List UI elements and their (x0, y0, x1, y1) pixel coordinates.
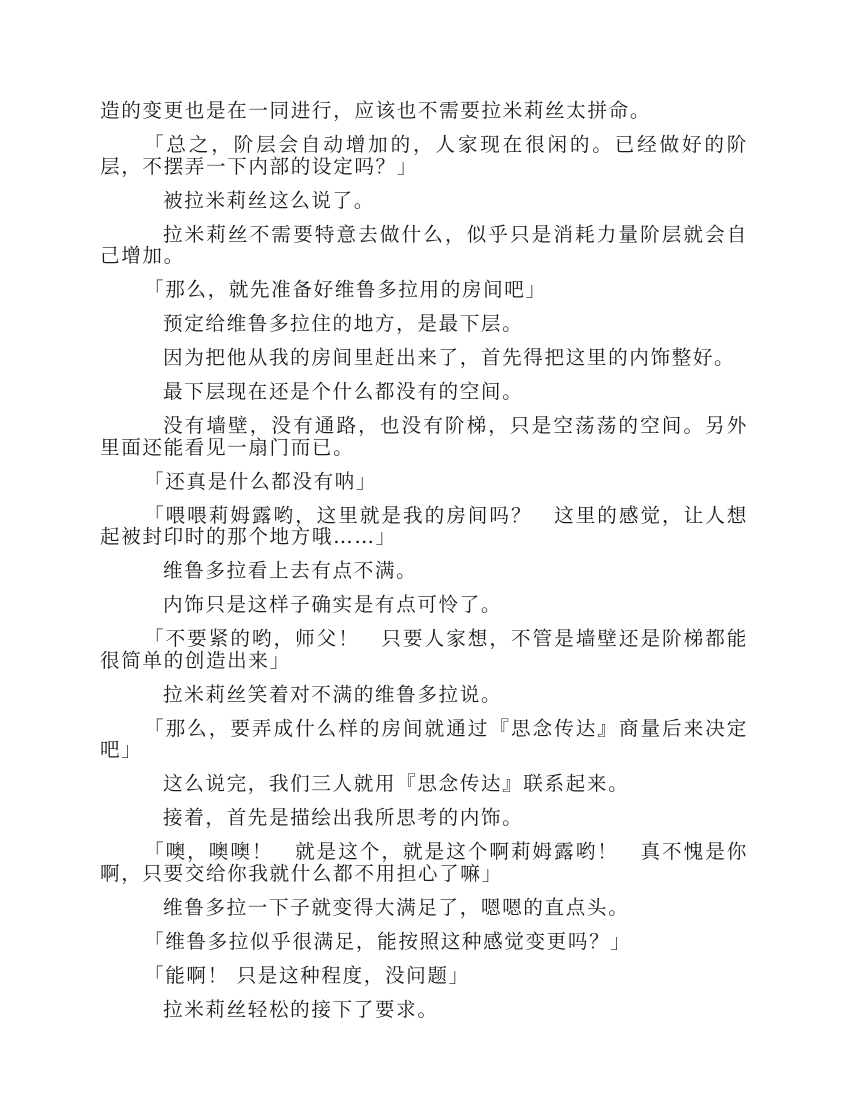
paragraph-narration: 内饰只是这样子确实是有点可怜了。 (100, 594, 748, 616)
paragraph-dialogue: 「喂喂莉姆露哟，这里就是我的房间吗？ 这里的感觉，让人想起被封印时的那个地方哦…… (100, 505, 748, 548)
paragraph-dialogue: 「维鲁多拉似乎很满足，能按照这种感觉变更吗？」 (100, 931, 748, 953)
paragraph-dialogue: 「那么，就先准备好维鲁多拉用的房间吧」 (100, 279, 748, 301)
paragraph-narration: 没有墙壁，没有通路，也没有阶梯，只是空荡荡的空间。另外里面还能看见一扇门而已。 (100, 415, 748, 458)
paragraph-dialogue: 「不要紧的哟，师父！ 只要人家想，不管是墙壁还是阶梯都能很简单的创造出来」 (100, 628, 748, 671)
paragraph-narration: 这么说完，我们三人就用『思念传达』联系起来。 (100, 773, 748, 795)
paragraph-narration: 接着，首先是描绘出我所思考的内饰。 (100, 807, 748, 829)
paragraph-narration: 维鲁多拉一下子就变得大满足了，嗯嗯的直点头。 (100, 897, 748, 919)
paragraph-narration: 因为把他从我的房间里赶出来了，首先得把这里的内饰整好。 (100, 347, 748, 369)
paragraph-narration: 拉米莉丝不需要特意去做什么，似乎只是消耗力量阶层就会自己增加。 (100, 224, 748, 267)
paragraph-narration: 最下层现在还是个什么都没有的空间。 (100, 381, 748, 403)
paragraph-narration: 维鲁多拉看上去有点不满。 (100, 560, 748, 582)
paragraph-dialogue: 「那么，要弄成什么样的房间就通过『思念传达』商量后来决定吧」 (100, 718, 748, 761)
paragraph-dialogue: 「能啊！ 只是这种程度，没问题」 (100, 965, 748, 987)
paragraph-continuation: 造的变更也是在一同进行，应该也不需要拉米莉丝太拼命。 (100, 100, 748, 122)
paragraph-narration: 被拉米莉丝这么说了。 (100, 190, 748, 212)
paragraph-dialogue: 「噢，噢噢！ 就是这个，就是这个啊莉姆露哟！ 真不愧是你啊，只要交给你我就什么都… (100, 841, 748, 884)
paragraph-narration: 拉米莉丝笑着对不满的维鲁多拉说。 (100, 684, 748, 706)
paragraph-narration: 拉米莉丝轻松的接下了要求。 (100, 999, 748, 1021)
paragraph-dialogue: 「总之，阶层会自动增加的，人家现在很闲的。已经做好的阶层，不摆弄一下内部的设定吗… (100, 134, 748, 177)
paragraph-narration: 预定给维鲁多拉住的地方，是最下层。 (100, 313, 748, 335)
paragraph-dialogue: 「还真是什么都没有呐」 (100, 471, 748, 493)
document-page: 造的变更也是在一同进行，应该也不需要拉米莉丝太拼命。 「总之，阶层会自动增加的，… (100, 100, 748, 1033)
